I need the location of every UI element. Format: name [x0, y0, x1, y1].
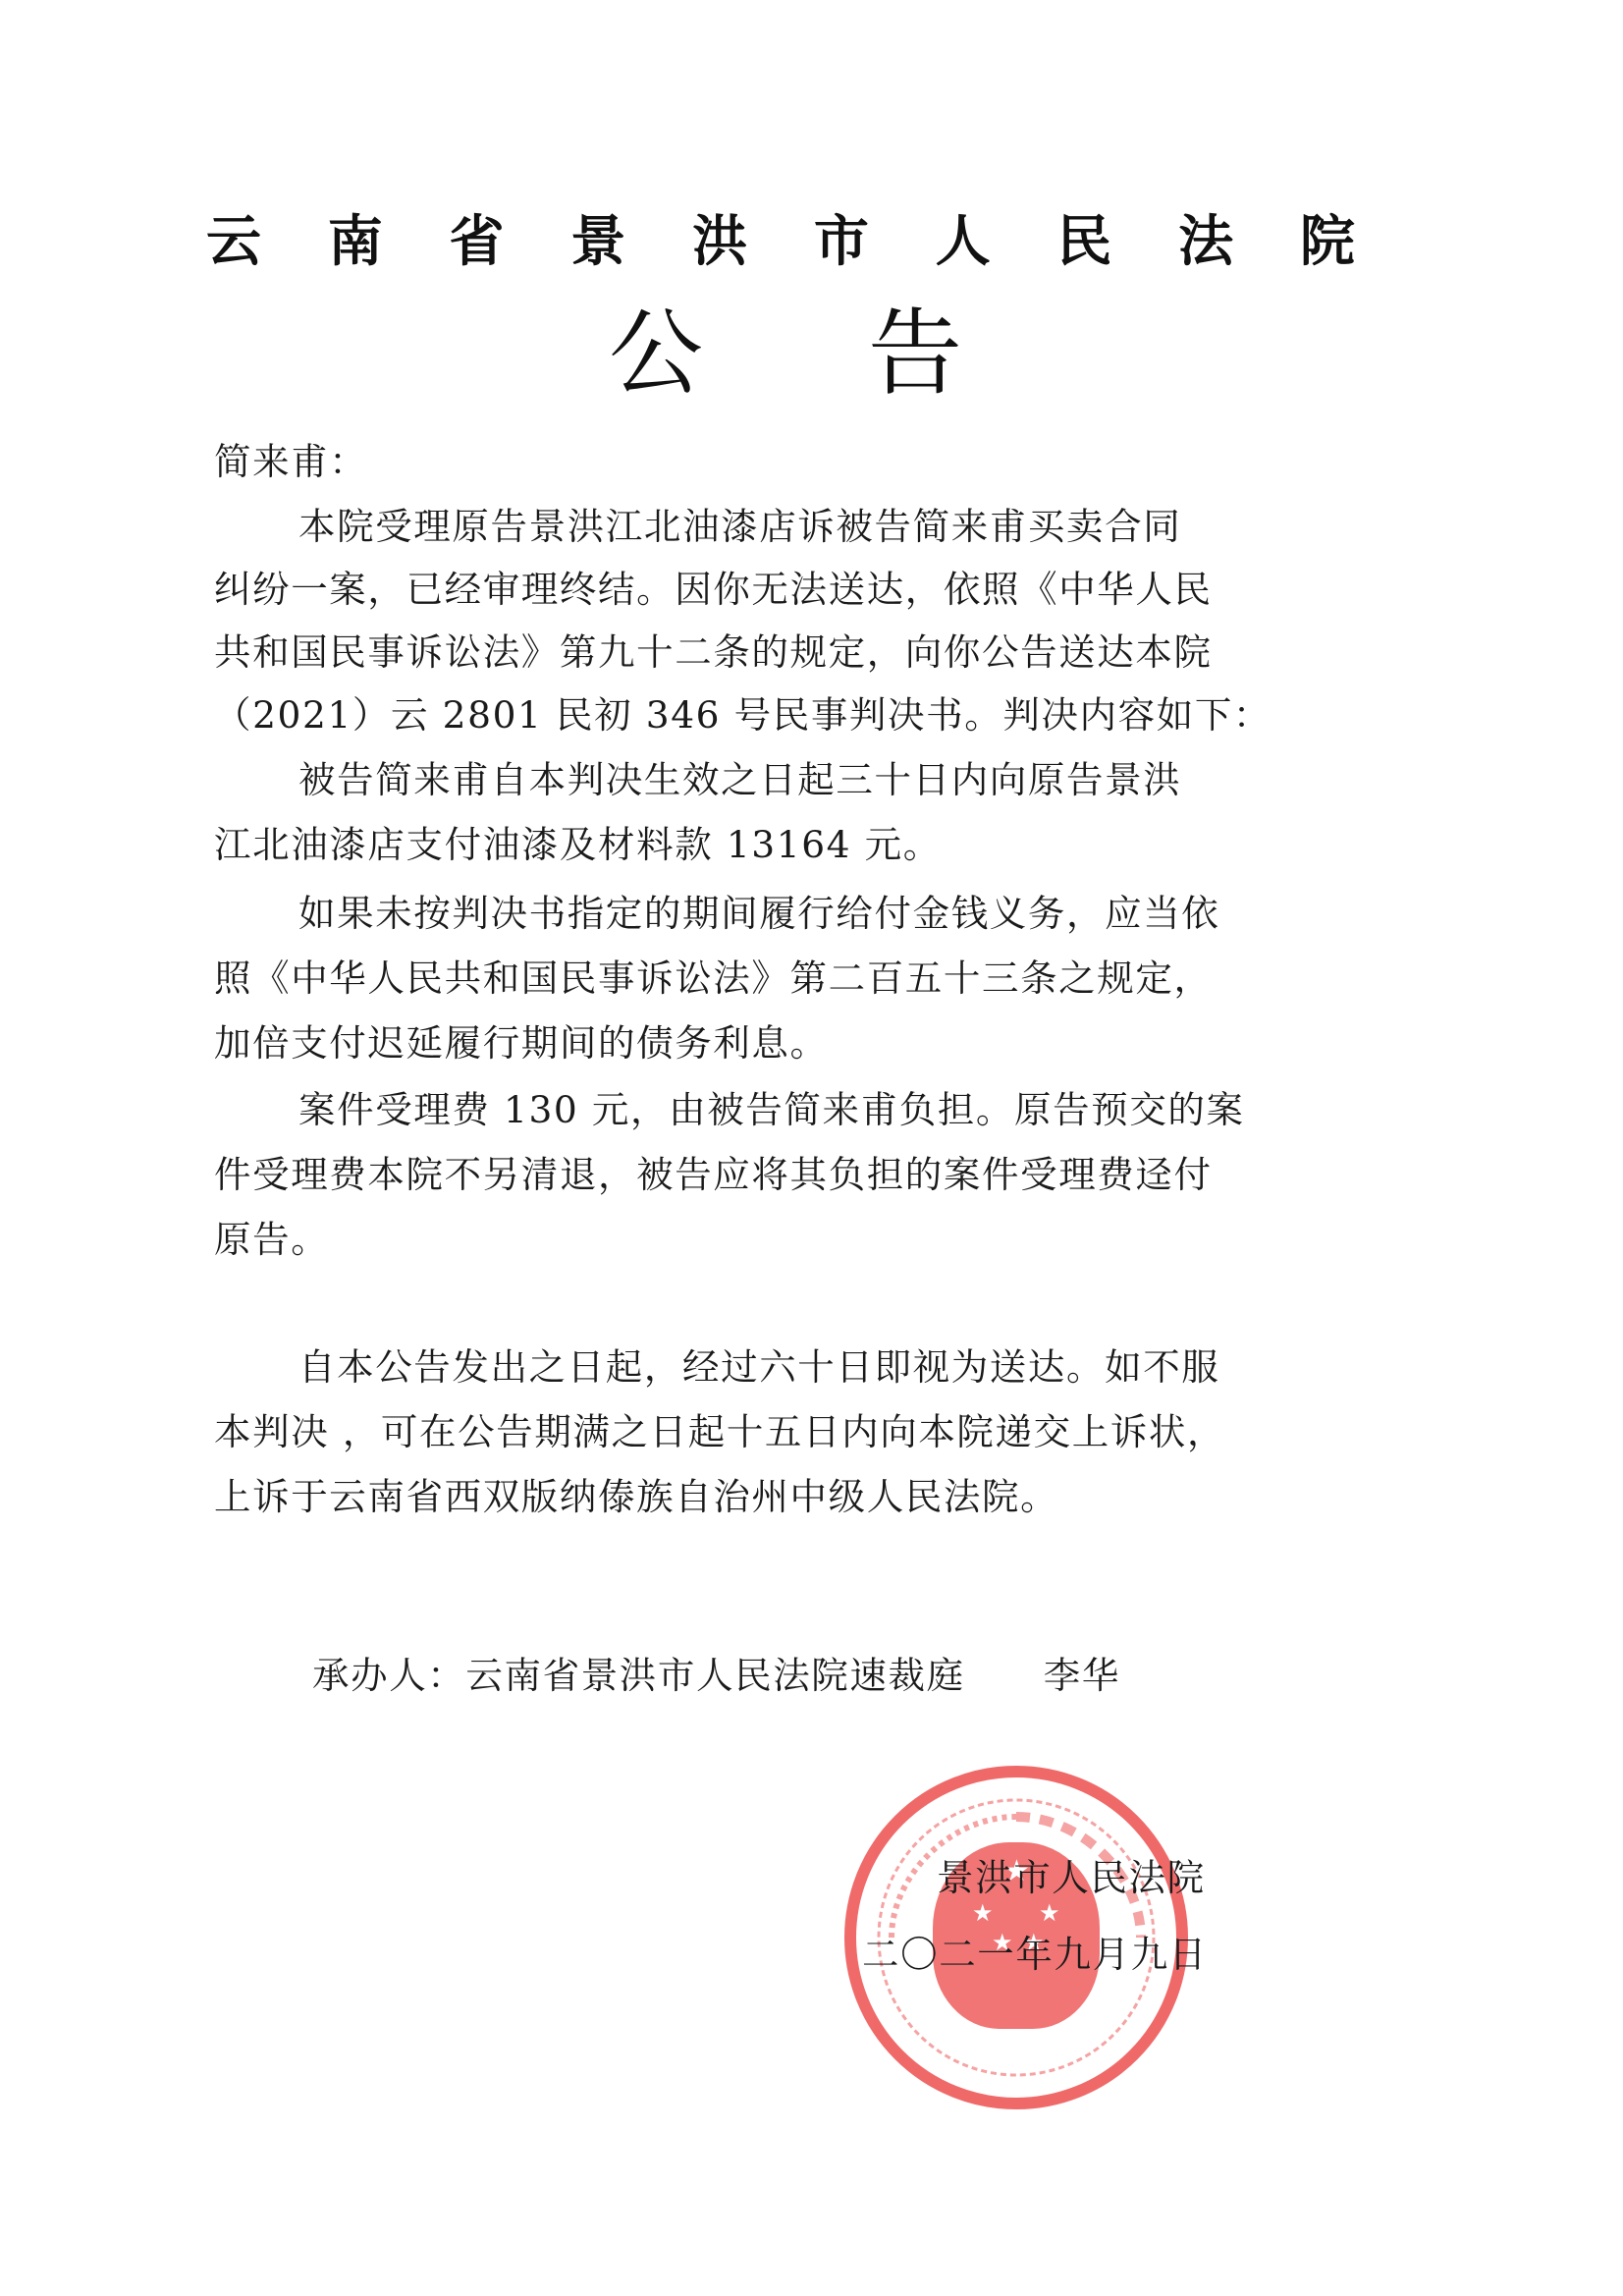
paragraph-line: 件受理费本院不另清退，被告应将其负担的案件受理费迳付 — [214, 1145, 1213, 1198]
paragraph-line: 上诉于云南省西双版纳傣族自治州中级人民法院。 — [214, 1467, 1058, 1520]
court-name-char: 民 — [1056, 208, 1111, 277]
notice-title-char: 公 — [609, 300, 703, 408]
court-name-char: 人 — [936, 208, 991, 277]
notice-title-char: 告 — [868, 300, 962, 408]
paragraph-line: 照《中华人民共和国民事诉讼法》第二百五十三条之规定， — [214, 949, 1213, 1002]
court-name-char: 法 — [1178, 208, 1233, 277]
issuing-court: 景洪市人民法院 — [937, 1848, 1206, 1901]
paragraph-line: 江北油漆店支付油漆及材料款 13164 元。 — [214, 815, 942, 868]
star-icon: ★ — [972, 1901, 994, 1925]
handler-unit: 云南省景洪市人民法院速裁庭 — [465, 1654, 964, 1697]
paragraph-line: 共和国民事诉讼法》第九十二条的规定，向你公告送达本院 — [214, 623, 1213, 676]
court-notice-page: 云 南 省 景 洪 市 人 民 法 院 公 告 简来甫： 本院受理原告景洪江北油… — [0, 0, 1623, 2296]
court-name-char: 洪 — [692, 208, 747, 277]
paragraph-line: 加倍支付迟延履行期间的债务利息。 — [214, 1013, 829, 1066]
handler-name: 李华 — [1044, 1654, 1120, 1697]
paragraph-line: 原告。 — [214, 1210, 329, 1263]
paragraph-line: 案件受理费 130 元，由被告简来甫负担。原告预交的案 — [298, 1080, 1245, 1133]
paragraph-line: 被告简来甫自本判决生效之日起三十日内向原告景洪 — [298, 750, 1181, 803]
paragraph-line: 自本公告发出之日起，经过六十日即视为送达。如不服 — [298, 1338, 1219, 1391]
court-name-heading: 云 南 省 景 洪 市 人 民 法 院 — [206, 208, 1355, 277]
court-name-char: 云 — [206, 208, 261, 277]
addressee: 简来甫： — [214, 432, 367, 485]
court-name-char: 市 — [814, 208, 869, 277]
issue-date: 二〇二一年九月九日 — [862, 1925, 1208, 1978]
court-name-char: 院 — [1300, 208, 1355, 277]
paragraph-line: 本院受理原告景洪江北油漆店诉被告简来甫买卖合同 — [298, 497, 1181, 550]
court-name-char: 南 — [328, 208, 383, 277]
notice-title: 公 告 — [609, 300, 962, 408]
paragraph-line: 纠纷一案，已经审理终结。因你无法送达，依照《中华人民 — [214, 560, 1213, 613]
paragraph-line: 本判决 ，可在公告期满之日起十五日内向本院递交上诉状， — [214, 1402, 1225, 1455]
handler-line: 承办人：云南省景洪市人民法院速裁庭李华 — [312, 1646, 1120, 1699]
court-name-char: 景 — [570, 208, 625, 277]
paragraph-line: 如果未按判决书指定的期间履行给付金钱义务，应当依 — [298, 884, 1219, 937]
paragraph-line: （2021）云 2801 民初 346 号民事判决书。判决内容如下： — [214, 685, 1271, 738]
star-icon: ★ — [1039, 1901, 1060, 1925]
handler-label: 承办人： — [312, 1654, 465, 1697]
court-name-char: 省 — [450, 208, 505, 277]
